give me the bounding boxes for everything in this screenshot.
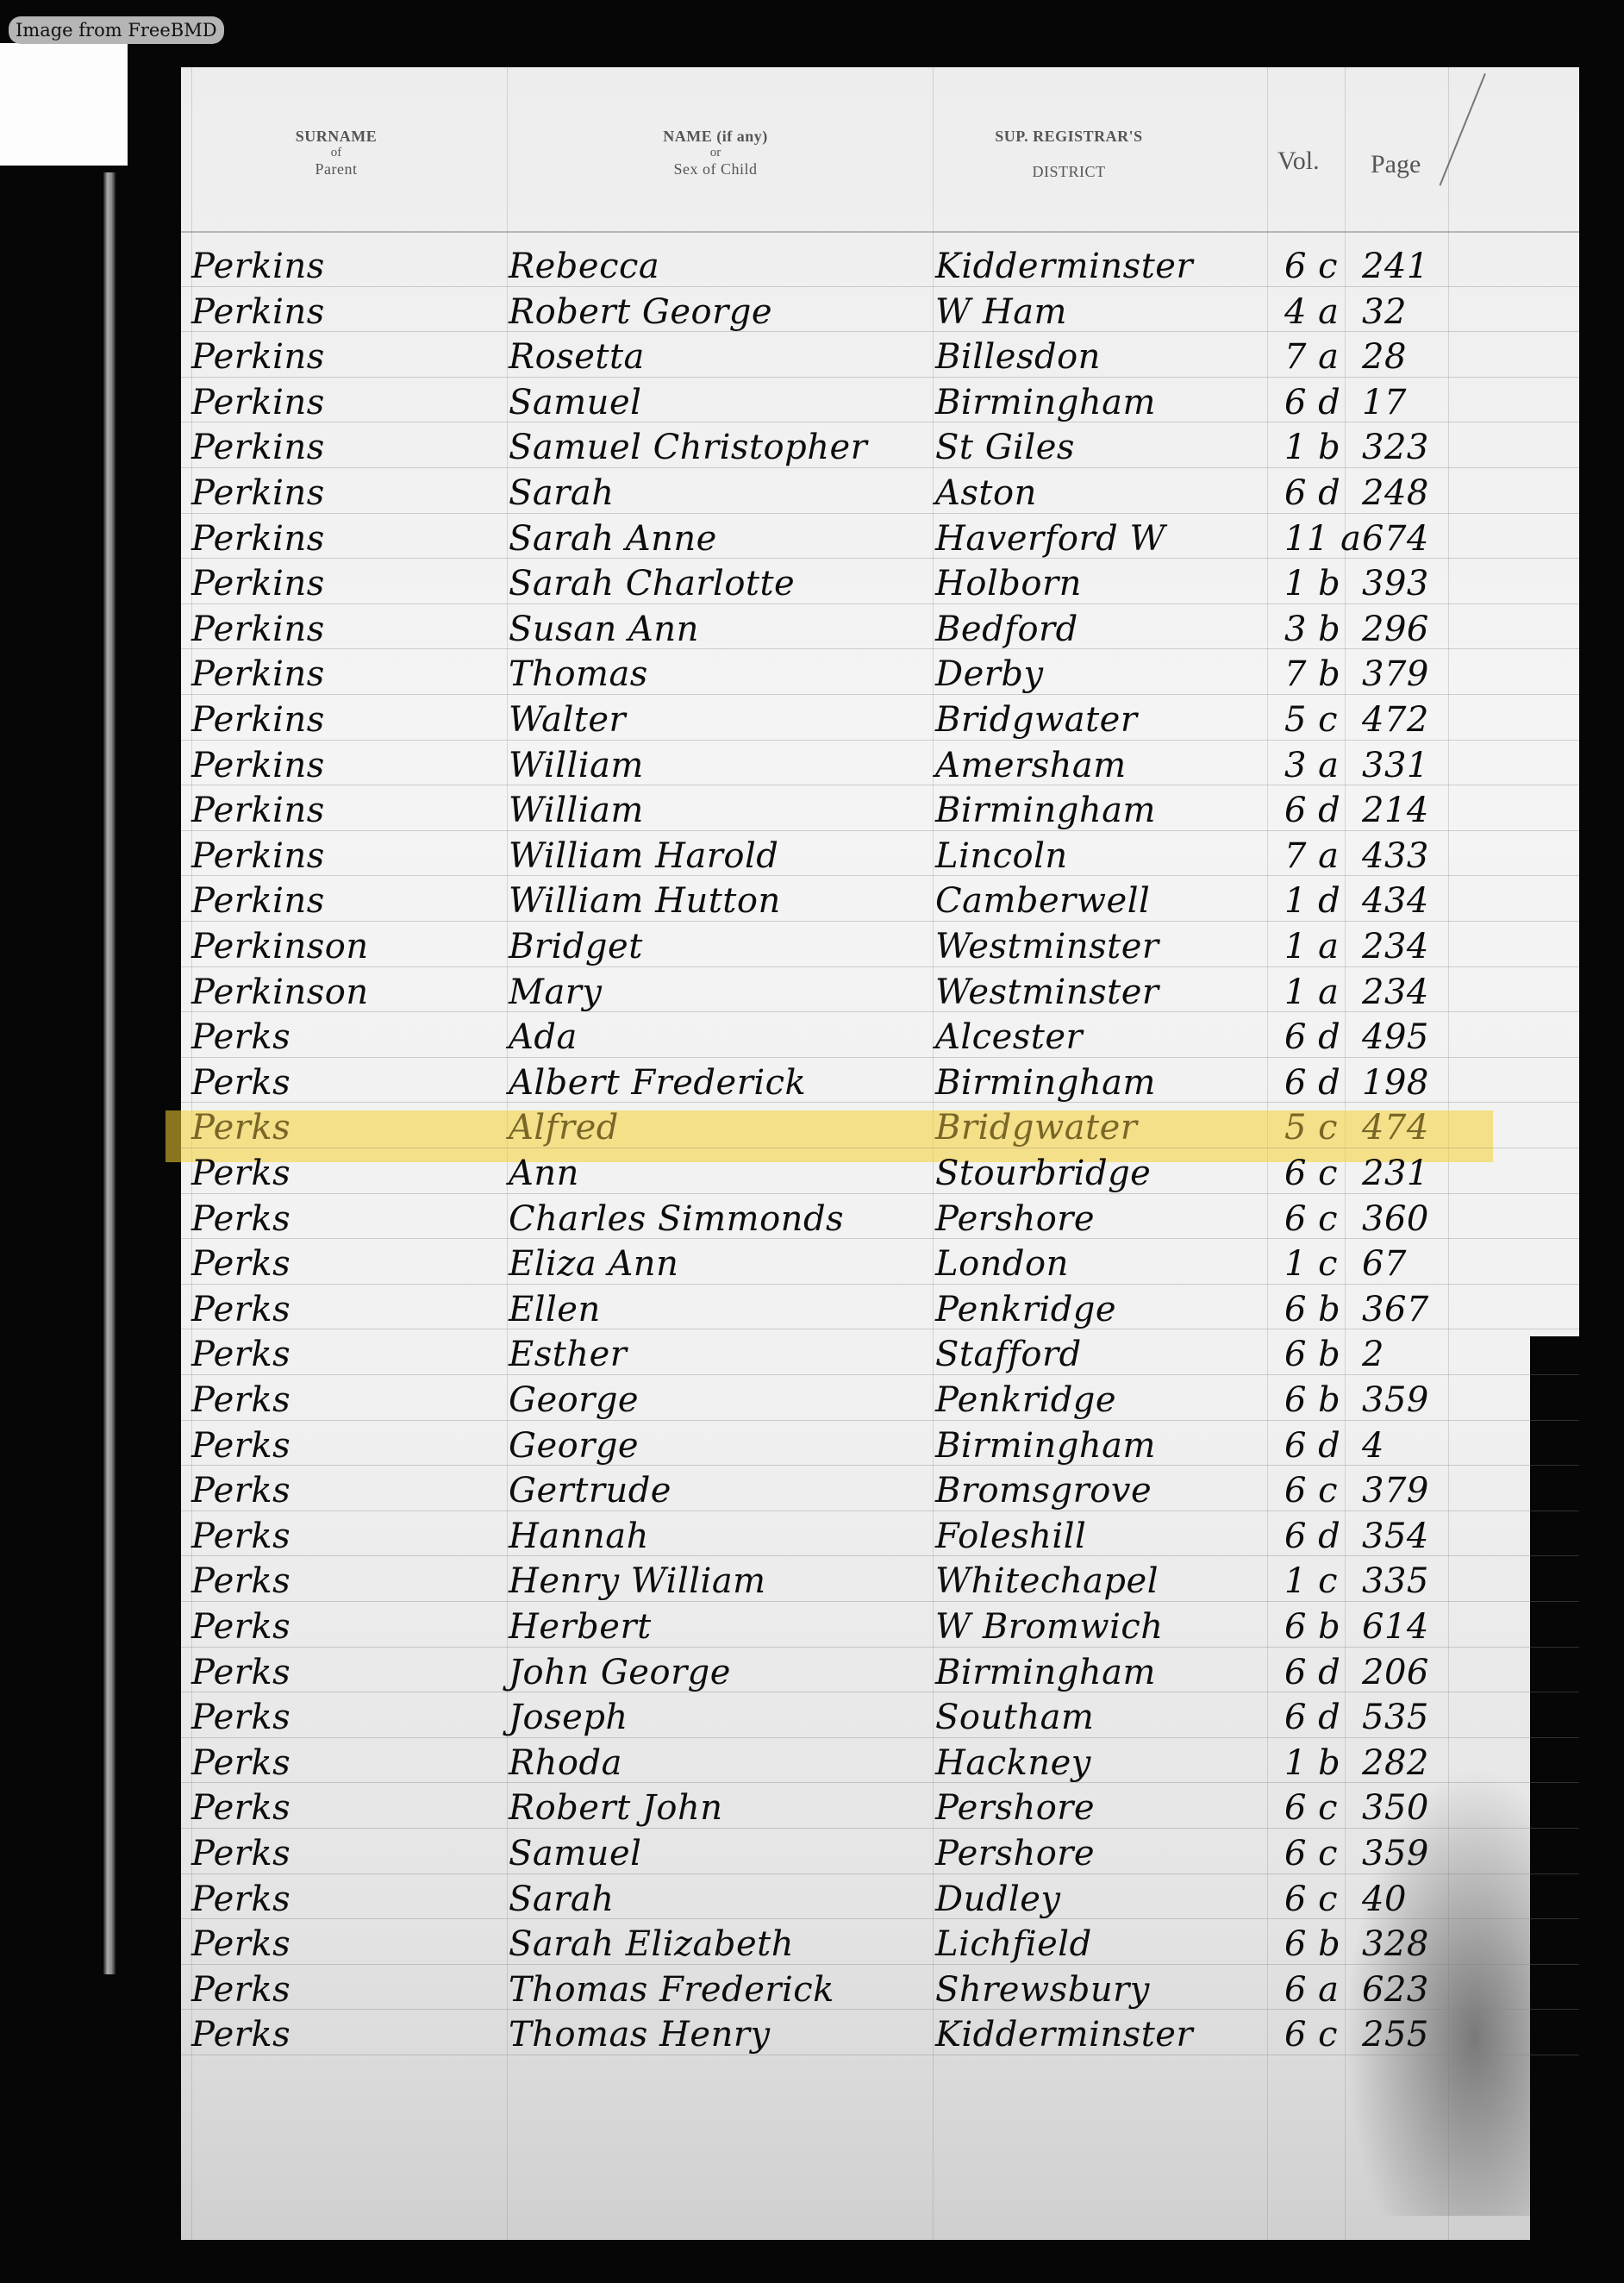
cell-surname: Perkins (191, 425, 325, 471)
header-surname-line1: SURNAME (259, 128, 414, 146)
cell-district: Derby (935, 652, 1044, 697)
header-vol: Vol. (1277, 147, 1320, 176)
register-row: PerksCharles SimmondsPershore6 c360 (0, 1197, 1624, 1242)
register-row: PerksHannahFoleshill6 d354 (0, 1514, 1624, 1560)
cell-name: Sarah Elizabeth (509, 1922, 794, 1967)
cell-name: Albert Frederick (509, 1060, 806, 1106)
row-rule (181, 1555, 1579, 1556)
register-row: PerksSarahDudley6 c40 (0, 1877, 1624, 1923)
cell-surname: Perkins (191, 879, 325, 924)
cell-vol: 6 d (1284, 1015, 1340, 1060)
cell-district: London (935, 1242, 1069, 1287)
header-name: NAME (if any) or Sex of Child (621, 128, 810, 178)
cell-page: 67 (1362, 1242, 1407, 1287)
cell-vol: 6 b (1284, 1378, 1340, 1423)
cell-page: 474 (1362, 1105, 1429, 1151)
row-rule (181, 1011, 1579, 1012)
cell-district: Bromsgrove (935, 1468, 1152, 1514)
cell-district: Birmingham (935, 1060, 1156, 1106)
register-row: PerksHenry WilliamWhitechapel1 c335 (0, 1559, 1624, 1604)
cell-vol: 6 d (1284, 1514, 1340, 1560)
row-rule (181, 604, 1579, 604)
cell-district: Bridgwater (935, 697, 1137, 743)
cell-district: Pershore (935, 1786, 1095, 1831)
cell-district: Pershore (935, 1197, 1095, 1242)
cell-page: 379 (1362, 652, 1429, 697)
cell-surname: Perks (191, 1559, 290, 1604)
cell-surname: Perkins (191, 335, 325, 380)
register-row: PerkinsSusan AnnBedford3 b296 (0, 607, 1624, 653)
register-row: PerksHerbertW Bromwich6 b614 (0, 1604, 1624, 1650)
register-row: PerkinsWilliam HuttonCamberwell1 d434 (0, 879, 1624, 924)
cell-surname: Perks (191, 1650, 290, 1696)
cell-district: Kidderminster (935, 2012, 1193, 2058)
cell-page: 623 (1362, 1967, 1429, 2013)
header-surname-line2: of (259, 146, 414, 160)
cell-page: 328 (1362, 1922, 1429, 1967)
cell-vol: 6 d (1284, 380, 1340, 426)
cell-vol: 6 d (1284, 1060, 1340, 1106)
cell-vol: 6 b (1284, 1332, 1340, 1378)
cell-name: Alfred (509, 1105, 619, 1151)
register-row: PerksJosephSoutham6 d535 (0, 1695, 1624, 1741)
cell-vol: 6 c (1284, 1468, 1338, 1514)
cell-name: George (509, 1423, 639, 1469)
cell-name: Thomas (509, 652, 648, 697)
cell-vol: 3 a (1284, 743, 1340, 789)
register-row: PerksJohn GeorgeBirmingham6 d206 (0, 1650, 1624, 1696)
cell-page: 40 (1362, 1877, 1407, 1923)
cell-name: Sarah (509, 471, 614, 516)
register-row: PerksEliza AnnLondon1 c67 (0, 1242, 1624, 1287)
cell-vol: 7 a (1284, 834, 1340, 879)
cell-name: Samuel Christopher (509, 425, 867, 471)
cell-name: Rhoda (509, 1741, 622, 1786)
cell-name: Gertrude (509, 1468, 671, 1514)
cell-name: William Harold (509, 834, 778, 879)
header-surname-line3: Parent (259, 160, 414, 178)
register-row: PerksEllenPenkridge6 b367 (0, 1287, 1624, 1333)
cell-district: Foleshill (935, 1514, 1086, 1560)
register-row: PerksRhodaHackney1 b282 (0, 1741, 1624, 1786)
cell-page: 231 (1362, 1151, 1429, 1197)
register-row: PerksThomas FrederickShrewsbury6 a623 (0, 1967, 1624, 2013)
row-rule (181, 785, 1579, 785)
row-rule (181, 467, 1579, 468)
cell-name: Sarah Anne (509, 516, 717, 562)
register-row: PerksAdaAlcester6 d495 (0, 1015, 1624, 1060)
row-rule (181, 1420, 1579, 1421)
row-rule (181, 1692, 1579, 1692)
cell-page: 674 (1362, 516, 1429, 562)
cell-surname: Perkins (191, 607, 325, 653)
cell-surname: Perks (191, 1877, 290, 1923)
row-rule (181, 1374, 1579, 1375)
cell-vol: 6 d (1284, 471, 1340, 516)
register-row: PerkinsWalterBridgwater5 c472 (0, 697, 1624, 743)
cell-name: Sarah Charlotte (509, 561, 795, 607)
cell-page: 234 (1362, 970, 1429, 1016)
cell-surname: Perks (191, 1015, 290, 1060)
cell-district: Hackney (935, 1741, 1091, 1786)
row-rule (181, 875, 1579, 876)
cell-district: Amersham (935, 743, 1127, 789)
row-rule (181, 558, 1579, 559)
cell-district: Penkridge (935, 1287, 1116, 1333)
cell-page: 234 (1362, 924, 1429, 970)
header-district-line2: DISTRICT (957, 163, 1181, 181)
cell-page: 17 (1362, 380, 1407, 426)
source-label: Image from FreeBMD (9, 16, 224, 44)
header-rule (181, 231, 1579, 233)
row-rule (181, 1964, 1579, 1965)
cell-vol: 5 c (1284, 697, 1338, 743)
row-rule (181, 694, 1579, 695)
cell-vol: 1 c (1284, 1242, 1338, 1287)
register-row: PerksThomas HenryKidderminster6 c255 (0, 2012, 1624, 2058)
row-rule (181, 648, 1579, 649)
cell-page: 32 (1362, 290, 1407, 335)
register-row: PerksGeorgePenkridge6 b359 (0, 1378, 1624, 1423)
register-row: PerkinsSarahAston6 d248 (0, 471, 1624, 516)
cell-page: 198 (1362, 1060, 1429, 1106)
row-rule (181, 1828, 1579, 1829)
header-district-line1: SUP. REGISTRAR'S (957, 128, 1181, 146)
cell-name: Hannah (509, 1514, 649, 1560)
cell-surname: Perks (191, 1197, 290, 1242)
cell-district: Birmingham (935, 380, 1156, 426)
cell-vol: 7 b (1284, 652, 1340, 697)
cell-name: Samuel (509, 1831, 641, 1877)
cell-page: 359 (1362, 1378, 1429, 1423)
cell-surname: Perkins (191, 516, 325, 562)
cell-surname: Perks (191, 1695, 290, 1741)
register-row: PerksSarah ElizabethLichfield6 b328 (0, 1922, 1624, 1967)
cell-vol: 11 a (1284, 516, 1361, 562)
cell-vol: 7 a (1284, 335, 1340, 380)
cell-page: 323 (1362, 425, 1429, 471)
cell-surname: Perks (191, 1922, 290, 1967)
cell-vol: 6 c (1284, 1786, 1338, 1831)
cell-page: 241 (1362, 244, 1429, 290)
cell-surname: Perks (191, 1514, 290, 1560)
register-row: PerkinsSamuelBirmingham6 d17 (0, 380, 1624, 426)
register-row: PerksAnnStourbridge6 c231 (0, 1151, 1624, 1197)
cell-name: Samuel (509, 380, 641, 426)
cell-surname: Perks (191, 1378, 290, 1423)
row-rule (181, 1238, 1579, 1239)
row-rule (181, 1601, 1579, 1602)
row-rule (181, 830, 1579, 831)
cell-name: Sarah (509, 1877, 614, 1923)
cell-vol: 1 b (1284, 1741, 1340, 1786)
row-rule (181, 1193, 1579, 1194)
cell-surname: Perkins (191, 743, 325, 789)
cell-surname: Perks (191, 1604, 290, 1650)
cell-page: 335 (1362, 1559, 1429, 1604)
cell-surname: Perks (191, 1105, 290, 1151)
cell-page: 4 (1362, 1423, 1384, 1469)
cell-name: Susan Ann (509, 607, 699, 653)
cell-page: 434 (1362, 879, 1429, 924)
cell-district: Holborn (935, 561, 1082, 607)
cell-name: William Hutton (509, 879, 781, 924)
cell-district: Alcester (935, 1015, 1083, 1060)
cell-name: Mary (509, 970, 603, 1016)
cell-name: Ellen (509, 1287, 601, 1333)
cell-name: Walter (509, 697, 626, 743)
row-rule (181, 1465, 1579, 1466)
cell-surname: Perks (191, 1741, 290, 1786)
cell-page: 255 (1362, 2012, 1429, 2058)
register-row: PerksSamuelPershore6 c359 (0, 1831, 1624, 1877)
cell-page: 359 (1362, 1831, 1429, 1877)
cell-vol: 6 b (1284, 1922, 1340, 1967)
cell-name: Rebecca (509, 244, 659, 290)
cell-page: 248 (1362, 471, 1429, 516)
register-row: PerkinsonBridgetWestminster1 a234 (0, 924, 1624, 970)
cell-page: 472 (1362, 697, 1429, 743)
header-name-line3: Sex of Child (621, 160, 810, 178)
cell-district: Westminster (935, 924, 1159, 970)
cell-page: 206 (1362, 1650, 1429, 1696)
row-rule (181, 331, 1579, 332)
cell-name: Robert George (509, 290, 772, 335)
cell-vol: 6 a (1284, 1967, 1340, 2013)
cell-name: Thomas Henry (509, 2012, 771, 2058)
row-rule (181, 1329, 1579, 1329)
register-row: PerksGeorgeBirmingham6 d4 (0, 1423, 1624, 1469)
register-row: PerkinsSamuel ChristopherSt Giles1 b323 (0, 425, 1624, 471)
cell-district: Birmingham (935, 1423, 1156, 1469)
row-rule (181, 377, 1579, 378)
cell-page: 28 (1362, 335, 1407, 380)
row-rule (181, 740, 1579, 741)
header-district: SUP. REGISTRAR'S DISTRICT (957, 128, 1181, 181)
cell-page: 367 (1362, 1287, 1429, 1333)
cell-district: Birmingham (935, 788, 1156, 834)
cell-vol: 1 c (1284, 1559, 1338, 1604)
cell-district: St Giles (935, 425, 1075, 471)
cell-name: William (509, 743, 644, 789)
cell-page: 379 (1362, 1468, 1429, 1514)
header-name-line2: or (621, 146, 810, 160)
cell-name: Henry William (509, 1559, 766, 1604)
cell-district: Penkridge (935, 1378, 1116, 1423)
row-rule (181, 1102, 1579, 1103)
cell-page: 393 (1362, 561, 1429, 607)
cell-district: Kidderminster (935, 244, 1193, 290)
register-row-highlighted: PerksAlfredBridgwater5 c474 (0, 1105, 1624, 1151)
cell-page: 535 (1362, 1695, 1429, 1741)
cell-surname: Perks (191, 1468, 290, 1514)
cell-vol: 1 b (1284, 425, 1340, 471)
cell-name: Charles Simmonds (509, 1197, 844, 1242)
cell-surname: Perks (191, 1287, 290, 1333)
cell-surname: Perks (191, 2012, 290, 2058)
cell-page: 331 (1362, 743, 1429, 789)
cell-name: Bridget (509, 924, 643, 970)
cell-page: 2 (1362, 1332, 1384, 1378)
cell-district: Lincoln (935, 834, 1068, 879)
cell-district: W Bromwich (935, 1604, 1164, 1650)
cell-vol: 1 a (1284, 924, 1340, 970)
cell-surname: Perks (191, 1151, 290, 1197)
cell-name: Joseph (509, 1695, 628, 1741)
row-rule (181, 2055, 1579, 2055)
row-rule (181, 1873, 1579, 1874)
register-row: PerksEstherStafford6 b2 (0, 1332, 1624, 1378)
cell-district: Camberwell (935, 879, 1150, 924)
row-rule (181, 921, 1579, 922)
cell-surname: Perkins (191, 380, 325, 426)
cell-name: Robert John (509, 1786, 723, 1831)
cell-page: 354 (1362, 1514, 1429, 1560)
cell-page: 214 (1362, 788, 1429, 834)
cell-vol: 6 d (1284, 1695, 1340, 1741)
cell-surname: Perks (191, 1786, 290, 1831)
scan-margin-white-block (0, 43, 128, 166)
register-row: PerkinsRosettaBillesdon7 a28 (0, 335, 1624, 380)
register-row: PerkinsWilliamBirmingham6 d214 (0, 788, 1624, 834)
row-rule (181, 1057, 1579, 1058)
cell-surname: Perkins (191, 561, 325, 607)
header-page: Page (1371, 150, 1421, 179)
cell-surname: Perkins (191, 788, 325, 834)
register-row: PerkinsWilliam HaroldLincoln7 a433 (0, 834, 1624, 879)
cell-district: Aston (935, 471, 1037, 516)
cell-surname: Perkinson (191, 924, 369, 970)
cell-district: Birmingham (935, 1650, 1156, 1696)
cell-page: 360 (1362, 1197, 1429, 1242)
row-rule (181, 422, 1579, 422)
cell-page: 614 (1362, 1604, 1429, 1650)
cell-page: 433 (1362, 834, 1429, 879)
cell-vol: 1 d (1284, 879, 1340, 924)
cell-vol: 1 a (1284, 970, 1340, 1016)
cell-vol: 6 b (1284, 1287, 1340, 1333)
cell-name: Rosetta (509, 335, 645, 380)
cell-vol: 6 c (1284, 1877, 1338, 1923)
row-rule (181, 1647, 1579, 1648)
register-row: PerkinsSarah CharlotteHolborn1 b393 (0, 561, 1624, 607)
cell-district: Lichfield (935, 1922, 1092, 1967)
cell-district: Haverford W (935, 516, 1165, 562)
row-rule (181, 1737, 1579, 1738)
cell-surname: Perkins (191, 471, 325, 516)
row-rule (181, 1782, 1579, 1783)
register-row: PerksRobert JohnPershore6 c350 (0, 1786, 1624, 1831)
cell-surname: Perkins (191, 652, 325, 697)
cell-surname: Perks (191, 1967, 290, 2013)
cell-name: John George (509, 1650, 731, 1696)
row-rule (181, 286, 1579, 287)
cell-name: Ann (509, 1151, 579, 1197)
cell-name: George (509, 1378, 639, 1423)
cell-surname: Perkins (191, 290, 325, 335)
cell-district: Bedford (935, 607, 1078, 653)
row-rule (181, 1284, 1579, 1285)
register-row: PerkinsonMaryWestminster1 a234 (0, 970, 1624, 1016)
register-row: PerkinsRobert GeorgeW Ham4 a32 (0, 290, 1624, 335)
cell-vol: 6 d (1284, 788, 1340, 834)
cell-vol: 3 b (1284, 607, 1340, 653)
row-rule (181, 513, 1579, 514)
cell-name: William (509, 788, 644, 834)
cell-vol: 6 c (1284, 244, 1338, 290)
cell-vol: 5 c (1284, 1105, 1338, 1151)
cell-name: Herbert (509, 1604, 652, 1650)
cell-vol: 6 b (1284, 1604, 1340, 1650)
header-surname: SURNAME of Parent (259, 128, 414, 178)
cell-page: 495 (1362, 1015, 1429, 1060)
cell-vol: 6 c (1284, 1151, 1338, 1197)
cell-name: Eliza Ann (509, 1242, 678, 1287)
cell-district: Southam (935, 1695, 1094, 1741)
cell-page: 296 (1362, 607, 1429, 653)
cell-page: 282 (1362, 1741, 1429, 1786)
cell-surname: Perkinson (191, 970, 369, 1016)
cell-surname: Perks (191, 1423, 290, 1469)
register-row: PerkinsWilliamAmersham3 a331 (0, 743, 1624, 789)
cell-vol: 6 c (1284, 1831, 1338, 1877)
cell-vol: 6 c (1284, 2012, 1338, 2058)
register-row: PerksAlbert FrederickBirmingham6 d198 (0, 1060, 1624, 1106)
register-row: PerkinsSarah AnneHaverford W11 a674 (0, 516, 1624, 562)
cell-vol: 4 a (1284, 290, 1340, 335)
cell-district: Whitechapel (935, 1559, 1159, 1604)
cell-district: Dudley (935, 1877, 1061, 1923)
row-rule (181, 2009, 1579, 2010)
row-rule (181, 1511, 1579, 1511)
cell-page: 350 (1362, 1786, 1429, 1831)
row-rule (181, 966, 1579, 967)
cell-surname: Perks (191, 1332, 290, 1378)
header-name-line1: NAME (if any) (621, 128, 810, 146)
cell-district: Pershore (935, 1831, 1095, 1877)
cell-vol: 1 b (1284, 561, 1340, 607)
cell-district: Stafford (935, 1332, 1082, 1378)
cell-district: Westminster (935, 970, 1159, 1016)
cell-vol: 6 d (1284, 1423, 1340, 1469)
cell-name: Thomas Frederick (509, 1967, 834, 2013)
cell-surname: Perkins (191, 697, 325, 743)
row-rule (181, 1148, 1579, 1148)
register-row: PerkinsThomasDerby7 b379 (0, 652, 1624, 697)
cell-district: W Ham (935, 290, 1067, 335)
cell-surname: Perkins (191, 834, 325, 879)
cell-district: Billesdon (935, 335, 1101, 380)
cell-vol: 6 c (1284, 1197, 1338, 1242)
cell-name: Ada (509, 1015, 578, 1060)
cell-name: Esther (509, 1332, 627, 1378)
cell-surname: Perks (191, 1242, 290, 1287)
cell-district: Bridgwater (935, 1105, 1137, 1151)
row-rule (181, 1918, 1579, 1919)
cell-surname: Perks (191, 1831, 290, 1877)
cell-district: Shrewsbury (935, 1967, 1150, 2013)
register-row: PerksGertrudeBromsgrove6 c379 (0, 1468, 1624, 1514)
cell-surname: Perkins (191, 244, 325, 290)
register-row: PerkinsRebeccaKidderminster6 c241 (0, 244, 1624, 290)
cell-vol: 6 d (1284, 1650, 1340, 1696)
cell-surname: Perks (191, 1060, 290, 1106)
cell-district: Stourbridge (935, 1151, 1151, 1197)
